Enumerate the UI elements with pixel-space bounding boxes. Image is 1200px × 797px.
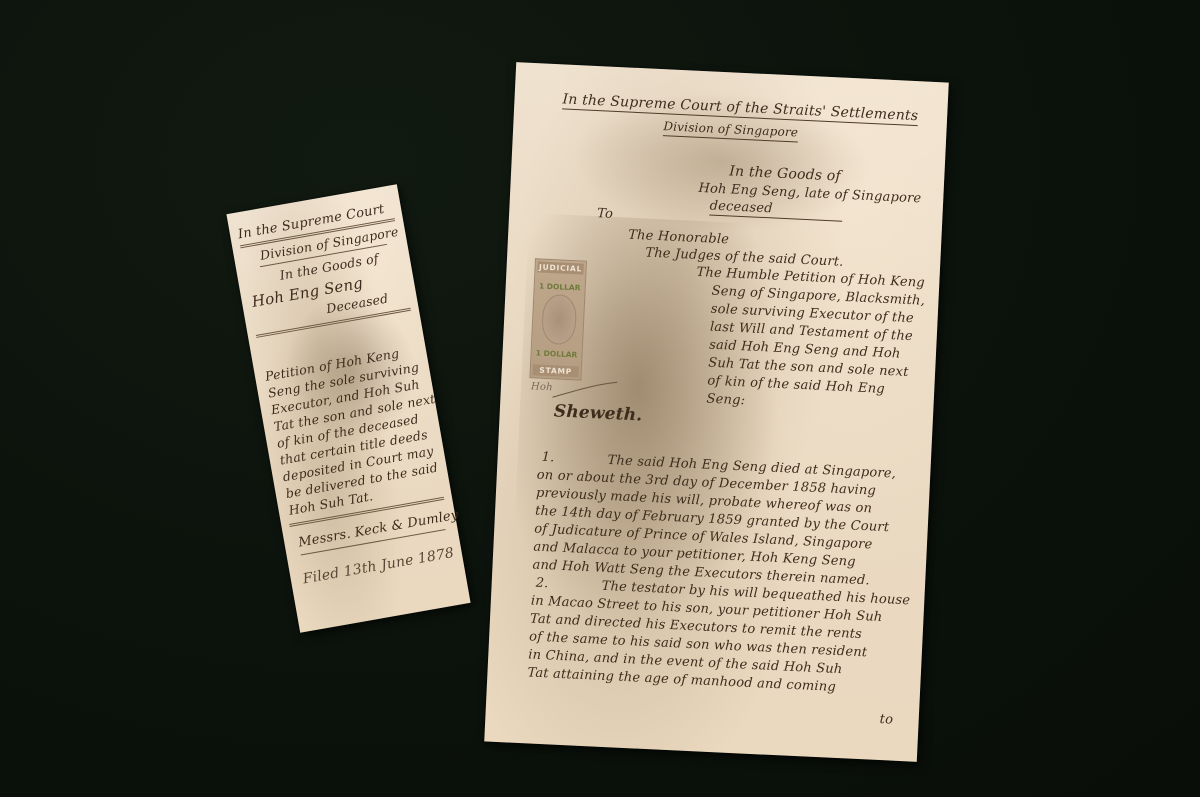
stamp-portrait-icon [541,294,577,346]
stamp-value-top: 1 DOLLAR [535,281,585,292]
pen-flourish-icon [550,377,621,402]
to-label: To [597,206,614,222]
stamp-signature: Hoh [531,381,553,393]
sheweth-heading: Sheweth. [553,404,642,423]
paragraph-number: 2. [535,576,549,592]
judicial-stamp: JUDICIAL 1 DOLLAR 1 DOLLAR STAMP [529,258,587,380]
paragraph-number: 1. [541,450,555,466]
stamp-top-label: JUDICIAL [537,261,583,274]
cover-filed-date: Filed 13th June 1878 [302,546,453,586]
stamp-value-bottom: 1 DOLLAR [531,348,581,359]
cover-solicitors: Messrs. Keck & Dumley [298,511,447,551]
petition-document: In the Supreme Court of the Straits' Set… [484,62,949,762]
petition-intro-line: Seng: [706,392,745,409]
stamp-bottom-label: STAMP [533,364,579,377]
catchword: to [879,712,893,728]
